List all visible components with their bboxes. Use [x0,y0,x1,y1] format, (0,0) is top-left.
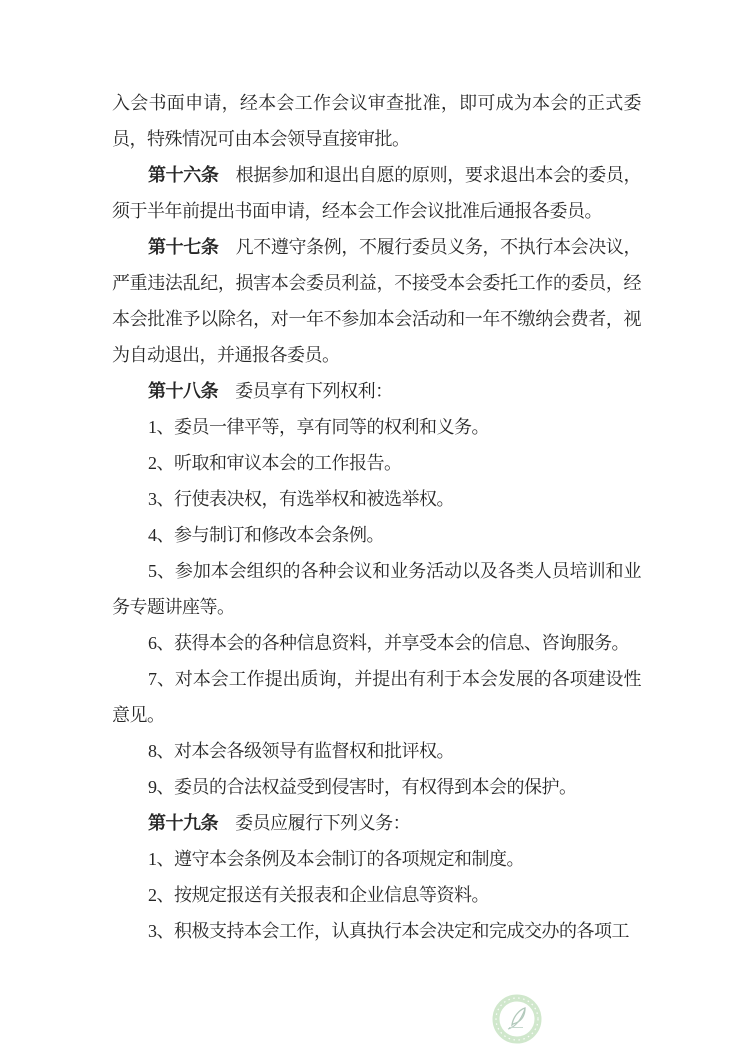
list-item: 7、对本会工作提出质询，并提出有利于本会发展的各项建设性意见。 [112,661,641,733]
list-item: 4、参与制订和修改本会条例。 [112,517,641,553]
paragraph-text: 8、对本会各级领导有监督权和批评权。 [148,741,454,761]
paragraph: 入会书面申请，经本会工作会议审查批准，即可成为本会的正式委员，特殊情况可由本会领… [112,85,641,157]
paragraph-text: 3、积极支持本会工作，认真执行本会决定和完成交办的各项工 [148,921,629,941]
list-item: 3、积极支持本会工作，认真执行本会决定和完成交办的各项工 [112,913,641,949]
list-item: 2、按规定报送有关报表和企业信息等资料。 [112,877,641,913]
paragraph-text: 6、获得本会的各种信息资料，并享受本会的信息、咨询服务。 [148,633,629,653]
paragraph-text: 2、按规定报送有关报表和企业信息等资料。 [148,885,489,905]
list-item: 2、听取和审议本会的工作报告。 [112,445,641,481]
article-heading: 第十七条 [148,237,219,257]
paragraph-article-18: 第十八条委员享有下列权利： [112,373,641,409]
leaf-badge-watermark [492,994,542,1044]
list-item: 1、委员一律平等，享有同等的权利和义务。 [112,409,641,445]
list-item: 5、参加本会组织的各种会议和业务活动以及各类人员培训和业务专题讲座等。 [112,553,641,625]
article-heading: 第十八条 [148,381,218,401]
document-body: 入会书面申请，经本会工作会议审查批准，即可成为本会的正式委员，特殊情况可由本会领… [112,85,641,949]
paragraph-text: 5、参加本会组织的各种会议和业务活动以及各类人员培训和业务专题讲座等。 [112,561,641,617]
list-item: 6、获得本会的各种信息资料，并享受本会的信息、咨询服务。 [112,625,641,661]
list-item: 8、对本会各级领导有监督权和批评权。 [112,733,641,769]
paragraph-text: 7、对本会工作提出质询，并提出有利于本会发展的各项建设性意见。 [112,669,641,725]
list-item: 1、遵守本会条例及本会制订的各项规定和制度。 [112,841,641,877]
document-page: 入会书面申请，经本会工作会议审查批准，即可成为本会的正式委员，特殊情况可由本会领… [0,0,750,1061]
article-heading: 第十九条 [148,813,218,833]
paragraph-article-16: 第十六条根据参加和退出自愿的原则，要求退出本会的委员，须于半年前提出书面申请，经… [112,157,641,229]
paragraph-article-19: 第十九条委员应履行下列义务： [112,805,641,841]
paragraph-text: 委员享有下列权利： [235,381,393,401]
paragraph-text: 1、委员一律平等，享有同等的权利和义务。 [148,417,489,437]
paragraph-text: 委员应履行下列义务： [235,813,410,833]
list-item: 9、委员的合法权益受到侵害时，有权得到本会的保护。 [112,769,641,805]
paragraph-text: 9、委员的合法权益受到侵害时，有权得到本会的保护。 [148,777,577,797]
paragraph-text: 2、听取和审议本会的工作报告。 [148,453,402,473]
list-item: 3、行使表决权，有选举权和被选举权。 [112,481,641,517]
paragraph-text: 4、参与制订和修改本会条例。 [148,525,384,545]
leaf-icon [492,994,542,1044]
article-heading: 第十六条 [148,165,219,185]
paragraph-text: 3、行使表决权，有选举权和被选举权。 [148,489,454,509]
paragraph-text: 1、遵守本会条例及本会制订的各项规定和制度。 [148,849,524,869]
paragraph-text: 入会书面申请，经本会工作会议审查批准，即可成为本会的正式委员，特殊情况可由本会领… [112,93,641,149]
paragraph-article-17: 第十七条凡不遵守条例，不履行委员义务，不执行本会决议，严重违法乱纪，损害本会委员… [112,229,641,373]
